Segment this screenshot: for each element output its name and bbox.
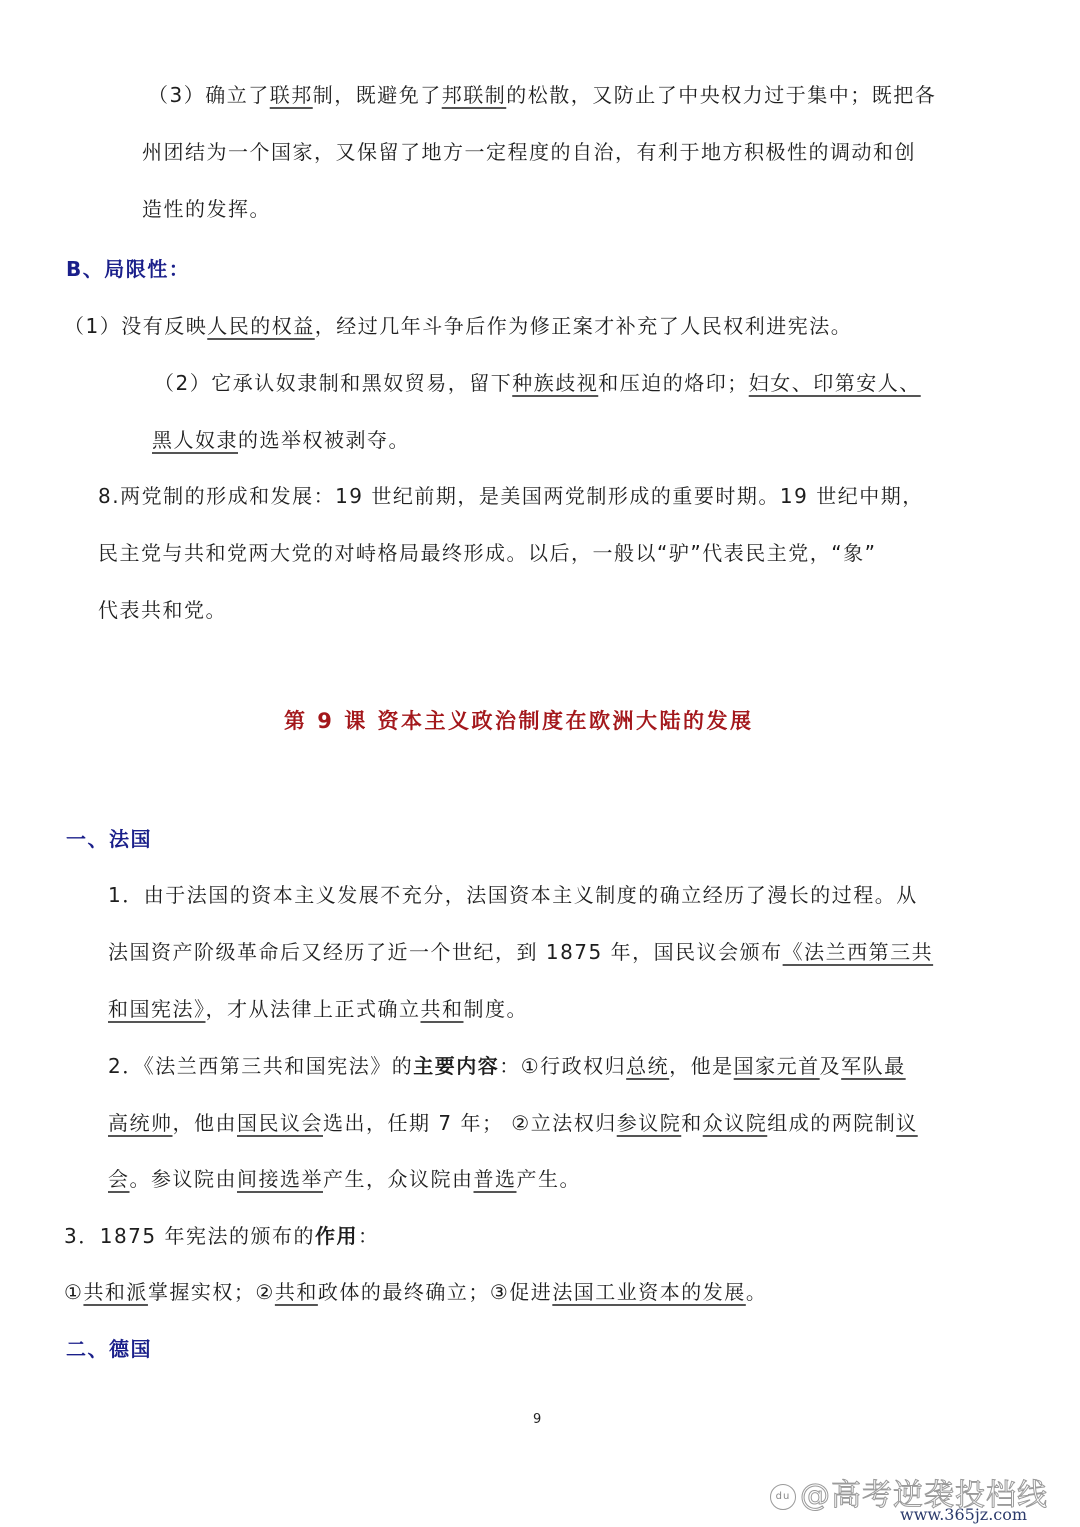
two-party-line-1: 8.两党制的形成和发展：19 世纪前期，是美国两党制形成的重要时期。19 世纪中… [98,481,924,511]
underlined-term: 参议院 [617,1111,682,1135]
bold-term: 作用 [315,1224,358,1248]
limitation-item-2-line-2: 黑人奴隶的选举权被剥夺。 [152,425,410,455]
underlined-term: 共和 [275,1280,318,1304]
france-p1-line-1: 1．由于法国的资本主义发展不充分，法国资本主义制度的确立经历了漫长的过程。从 [108,880,918,910]
federal-system-line-2: 州团结为一个国家，又保留了地方一定程度的自治，有利于地方积极性的调动和创 [142,137,916,167]
text-segment: 产生。 [517,1167,582,1191]
text-segment: 掌握实权；② [148,1280,275,1304]
germany-heading: 二、德国 [66,1334,152,1364]
underlined-term: 高统帅 [108,1111,173,1135]
underlined-term: 国家元首 [734,1054,820,1078]
france-heading: 一、法国 [66,824,152,854]
text-segment: 制，既避免了 [313,83,442,107]
two-party-line-3: 代表共和党。 [98,595,227,625]
text-segment: 法国资产阶级革命后又经历了近一个世纪，到 1875 年，国民议会颁布 [108,940,783,964]
underlined-term: 共和 [421,997,464,1021]
underlined-term: 联邦 [270,83,313,107]
text-segment: ，他是 [669,1054,734,1078]
france-p2-line-3: 会。参议院由间接选举产生，众议院由普选产生。 [108,1164,581,1194]
underlined-term: 会 [108,1167,130,1191]
underlined-term: 共和派 [83,1280,148,1304]
text-segment: 2．《法兰西第三共和国宪法》的 [108,1054,413,1078]
text-segment: ： [358,1224,380,1248]
underlined-term: 众议院 [703,1111,768,1135]
underlined-term: 黑人奴隶 [152,428,238,452]
text-segment: 的松散，又防止了中央权力过于集中；既把各 [506,83,936,107]
text-segment: （1）没有反映 [64,314,207,338]
underlined-term: 间接选举 [237,1167,323,1191]
lesson-title: 第 9 课 资本主义政治制度在欧洲大陆的发展 [284,706,754,736]
text-segment: （2）它承认奴隶制和黑奴贸易，留下 [154,371,512,395]
text-segment: 制度。 [464,997,529,1021]
text-segment: 。参议院由 [130,1167,238,1191]
text-segment: 产生，众议院由 [323,1167,474,1191]
france-p3-line-2: ①共和派掌握实权；②共和政体的最终确立；③促进法国工业资本的发展。 [64,1277,767,1307]
text-segment: 选出，任期 7 年； ②立法权归 [323,1111,617,1135]
text-segment: 及 [820,1054,842,1078]
underlined-term: 国民议会 [237,1111,323,1135]
underlined-term: 人民的权益 [207,314,315,338]
underlined-term: 议 [896,1111,918,1135]
text-segment: ：①行政权归 [499,1054,626,1078]
text-segment: 。 [746,1280,768,1304]
text-segment: 3．1875 年宪法的颁布的 [64,1224,315,1248]
page-number: 9 [533,1412,541,1427]
baidu-paw-icon: du [770,1484,796,1510]
bold-term: 主要内容 [413,1054,499,1078]
text-segment: ，他由 [173,1111,238,1135]
underlined-term: 《法兰西第三共 [783,940,934,964]
underlined-term: 军队最 [841,1054,906,1078]
text-segment: 政体的最终确立；③促进 [318,1280,552,1304]
underlined-term: 法国工业资本的发展 [552,1280,746,1304]
underlined-term: 种族歧视 [512,371,598,395]
underlined-term: 总统 [626,1054,669,1078]
france-p2-line-1: 2．《法兰西第三共和国宪法》的主要内容：①行政权归总统，他是国家元首及军队最 [108,1051,906,1081]
france-p1-line-2: 法国资产阶级革命后又经历了近一个世纪，到 1875 年，国民议会颁布《法兰西第三… [108,937,933,967]
text-segment: ，经过几年斗争后作为修正案才补充了人民权利进宪法。 [315,314,853,338]
underlined-term: 邦联制 [442,83,507,107]
underlined-term: 妇女、印第安人、 [749,371,921,395]
france-p2-line-2: 高统帅，他由国民议会选出，任期 7 年； ②立法权归参议院和众议院组成的两院制议 [108,1108,918,1138]
text-segment: ，才从法律上正式确立 [206,997,421,1021]
limitation-item-1: （1）没有反映人民的权益，经过几年斗争后作为修正案才补充了人民权利进宪法。 [64,311,852,341]
text-segment: 和 [681,1111,703,1135]
limitations-heading: B、局限性： [66,254,190,284]
text-segment: 组成的两院制 [767,1111,896,1135]
france-p3-line-1: 3．1875 年宪法的颁布的作用： [64,1221,379,1251]
watermark-url: www.365jz.com [900,1505,1027,1524]
text-segment: 的选举权被剥夺。 [238,428,410,452]
text-segment: ① [64,1280,83,1304]
two-party-line-2: 民主党与共和党两大党的对峙格局最终形成。以后，一般以“驴”代表民主党，“象” [98,538,876,568]
underlined-term: 普选 [474,1167,517,1191]
federal-system-line-3: 造性的发挥。 [142,194,271,224]
france-p1-line-3: 和国宪法》，才从法律上正式确立共和制度。 [108,994,528,1024]
underlined-term: 和国宪法》 [108,997,206,1021]
text-segment: 和压迫的烙印； [598,371,749,395]
federal-system-line-1: （3）确立了联邦制，既避免了邦联制的松散，又防止了中央权力过于集中；既把各 [148,80,936,110]
limitation-item-2-line-1: （2）它承认奴隶制和黑奴贸易，留下种族歧视和压迫的烙印；妇女、印第安人、 [154,368,921,398]
text-segment: （3）确立了 [148,83,270,107]
